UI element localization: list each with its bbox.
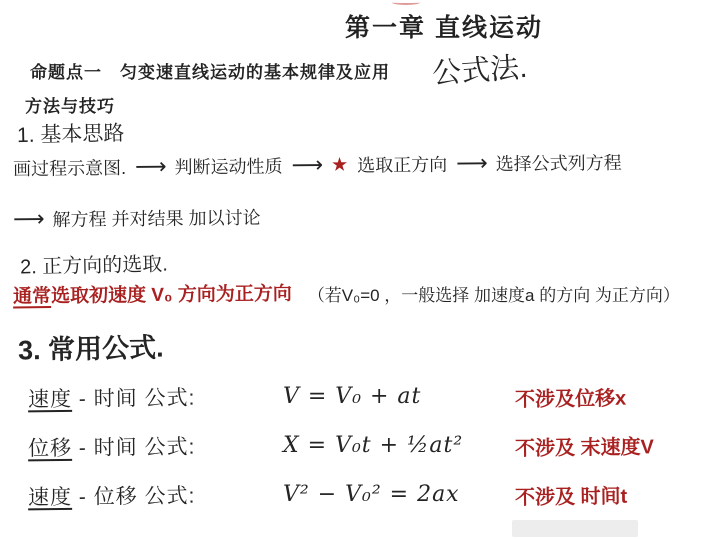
formula-label-rest: - 位移 公式: bbox=[72, 484, 196, 508]
flow-arrow-icon: ⟶ bbox=[135, 154, 166, 180]
flow-diagram-row-2: ⟶ 解方程 并对结果 加以讨论 bbox=[13, 204, 261, 233]
direction-rule-text: 通常选取初速度 V₀ 方向为正方向 bbox=[13, 279, 292, 309]
formula-exclusion-note: 不涉及位移x bbox=[515, 381, 688, 412]
formula-method-annotation: 公式法. bbox=[431, 45, 529, 93]
flow-step-judge-motion: 判断运动性质 bbox=[174, 152, 282, 179]
star-icon: ★ bbox=[331, 153, 348, 176]
common-formulas-heading: 3. 常用公式. bbox=[18, 325, 164, 367]
formula-label-rest: - 时间 公式: bbox=[72, 435, 196, 459]
flow-arrow-icon: ⟶ bbox=[291, 152, 322, 178]
formula-exclusion-note: 不涉及 时间t bbox=[515, 479, 688, 510]
formula-row-label: 速度 - 时间 公式: bbox=[28, 380, 283, 413]
rule-rest: 选取初速度 V₀ 方向为正方向 bbox=[51, 284, 292, 308]
flow-diagram-row-1: 画过程示意图. ⟶ 判断运动性质 ⟶ ★ 选取正方向 ⟶ 选择公式列方程 bbox=[13, 149, 622, 181]
rule-emphasis: 通常 bbox=[13, 286, 51, 307]
notes-page: 第一章 直线运动 命题点一 匀变速直线运动的基本规律及应用 公式法. 方法与技巧… bbox=[0, 0, 706, 539]
flow-arrow-icon: ⟶ bbox=[456, 150, 487, 176]
flow-step-choose-formula: 选择公式列方程 bbox=[496, 149, 622, 176]
formula-expression: X = V₀t + ½at² bbox=[283, 433, 515, 458]
formula-exclusion-note: 不涉及 末速度V bbox=[515, 430, 688, 461]
flow-arrow-icon: ⟶ bbox=[13, 206, 44, 232]
flow-step-draw-diagram: 画过程示意图. bbox=[13, 154, 126, 181]
scan-shadow-patch bbox=[512, 520, 638, 537]
methods-heading: 方法与技巧 bbox=[25, 92, 115, 117]
formula-row-label: 位移 - 时间 公式: bbox=[28, 429, 283, 462]
flow-step-choose-direction: 选取正方向 bbox=[357, 151, 447, 178]
stray-red-mark bbox=[392, 0, 420, 5]
formula-term: 速度 bbox=[28, 387, 72, 410]
formula-term: 位移 bbox=[28, 436, 72, 459]
formula-table: 速度 - 时间 公式: V = V₀ + at 不涉及位移x 位移 - 时间 公… bbox=[28, 372, 688, 519]
positive-direction-rule-line: 通常选取初速度 V₀ 方向为正方向 （若V₀=0 ，一般选择 加速度a 的方向 … bbox=[13, 280, 680, 307]
formula-row-label: 速度 - 位移 公式: bbox=[28, 478, 283, 511]
basic-approach-heading: 1. 基本思路 bbox=[17, 117, 125, 149]
direction-exception-note: （若V₀=0 ，一般选择 加速度a 的方向 为正方向） bbox=[308, 281, 680, 306]
chapter-title: 第一章 直线运动 bbox=[345, 8, 543, 44]
formula-expression: V² − V₀² = 2ax bbox=[283, 482, 515, 507]
formula-term: 速度 bbox=[28, 485, 72, 508]
formula-expression: V = V₀ + at bbox=[283, 384, 515, 409]
positive-direction-heading: 2. 正方向的选取. bbox=[20, 247, 168, 279]
formula-label-rest: - 时间 公式: bbox=[72, 386, 196, 410]
topic-heading: 命题点一 匀变速直线运动的基本规律及应用 bbox=[30, 58, 390, 83]
flow-step-solve-discuss: 解方程 并对结果 加以讨论 bbox=[52, 204, 260, 232]
